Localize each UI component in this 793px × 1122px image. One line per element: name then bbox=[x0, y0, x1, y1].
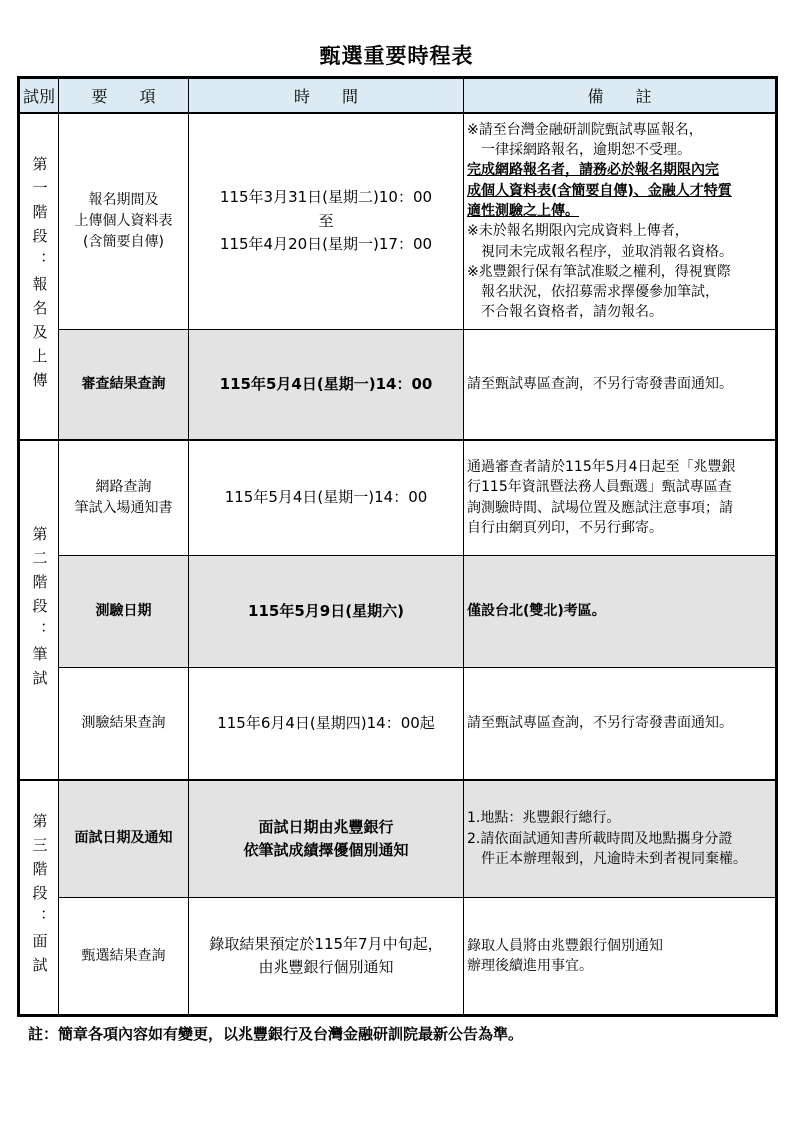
stage3-label: 第三階段：面試 bbox=[19, 780, 59, 1016]
r6-time-cell: 面試日期由兆豐銀行 依筆試成績擇優個別通知 bbox=[189, 780, 464, 898]
row-interview-notice: 第三階段：面試 面試日期及通知 面試日期由兆豐銀行 依筆試成績擇優個別通知 1.… bbox=[19, 780, 777, 898]
r7-item-cell: 甄選結果查詢 bbox=[59, 898, 189, 1016]
r4-note-cell: 僅設台北(雙北)考區。 bbox=[464, 556, 777, 668]
r5-item-cell: 測驗結果查詢 bbox=[59, 668, 189, 780]
r1-note-paragraph-2: 完成網路報名者，請務必於報名期限內完 成個人資料表(含簡要自傳)、金融人才特質 … bbox=[467, 160, 772, 221]
r1-item-cell: 報名期間及 上傳個人資料表 (含簡要自傳) bbox=[59, 113, 189, 330]
row-final-result: 甄選結果查詢 錄取結果預定於115年7月中旬起， 由兆豐銀行個別通知 錄取人員將… bbox=[19, 898, 777, 1016]
row-test-result: 測驗結果查詢 115年6月4日(星期四)14：00起 請至甄試專區查詢，不另行寄… bbox=[19, 668, 777, 780]
r7-note-cell: 錄取人員將由兆豐銀行個別通知 辦理後續進用事宜。 bbox=[464, 898, 777, 1016]
r4-time-cell: 115年5月9日(星期六) bbox=[189, 556, 464, 668]
header-cell-item: 要 項 bbox=[59, 78, 189, 113]
r5-note-cell: 請至甄試專區查詢，不另行寄發書面通知。 bbox=[464, 668, 777, 780]
row-review-result: 審查結果查詢 115年5月4日(星期一)14：00 請至甄試專區查詢，不另行寄發… bbox=[19, 330, 777, 440]
header-row: 試別 要 項 時 間 備 註 bbox=[19, 78, 777, 113]
row-registration: 第一階段：報名及上傳 報名期間及 上傳個人資料表 (含簡要自傳) 115年3月3… bbox=[19, 113, 777, 330]
row-admission-ticket: 第二階段：筆試 網路查詢 筆試入場通知書 115年5月4日(星期一)14：00 … bbox=[19, 440, 777, 556]
row-test-date: 測驗日期 115年5月9日(星期六) 僅設台北(雙北)考區。 bbox=[19, 556, 777, 668]
header-cell-stage: 試別 bbox=[19, 78, 59, 113]
r4-item-cell: 測驗日期 bbox=[59, 556, 189, 668]
r5-time-cell: 115年6月4日(星期四)14：00起 bbox=[189, 668, 464, 780]
r1-note-paragraph-3: ※未於報名期限內完成資料上傳者， 視同未完成報名程序，並取消報名資格。 bbox=[467, 221, 772, 262]
stage2-label: 第二階段：筆試 bbox=[19, 440, 59, 780]
page-title: 甄選重要時程表 bbox=[0, 40, 793, 70]
r7-time-cell: 錄取結果預定於115年7月中旬起， 由兆豐銀行個別通知 bbox=[189, 898, 464, 1016]
r3-time-cell: 115年5月4日(星期一)14：00 bbox=[189, 440, 464, 556]
r2-time-cell: 115年5月4日(星期一)14：00 bbox=[189, 330, 464, 440]
header-cell-time: 時 間 bbox=[189, 78, 464, 113]
r6-note-paragraph-1: 1.地點：兆豐銀行總行。 bbox=[467, 808, 772, 828]
r3-item-cell: 網路查詢 筆試入場通知書 bbox=[59, 440, 189, 556]
r1-note-cell: ※請至台灣金融研訓院甄試專區報名， 一律採網路報名，逾期恕不受理。 完成網路報名… bbox=[464, 113, 777, 330]
r1-note-paragraph-4: ※兆豐銀行保有筆試准駁之權利，得視實際 報名狀況，依招募需求擇優參加筆試， 不合… bbox=[467, 262, 772, 323]
r6-note-cell: 1.地點：兆豐銀行總行。 2.請依面試通知書所載時間及地點攜身分證 件正本辦理報… bbox=[464, 780, 777, 898]
r2-item-cell: 審查結果查詢 bbox=[59, 330, 189, 440]
schedule-table: 試別 要 項 時 間 備 註 第一階段：報名及上傳 報名期間及 上傳個人資料表 … bbox=[17, 76, 778, 1017]
r6-note-paragraph-2: 2.請依面試通知書所載時間及地點攜身分證 件正本辦理報到，凡逾時未到者視同棄權。 bbox=[467, 829, 772, 870]
r3-note-cell: 通過審查者請於115年5月4日起至「兆豐銀 行115年資訊暨法務人員甄選」甄試專… bbox=[464, 440, 777, 556]
header-cell-note: 備 註 bbox=[464, 78, 777, 113]
footnote: 註：簡章各項內容如有變更，以兆豐銀行及台灣金融研訓院最新公告為準。 bbox=[28, 1023, 793, 1044]
r1-time-cell: 115年3月31日(星期二)10：00 至 115年4月20日(星期一)17：0… bbox=[189, 113, 464, 330]
stage1-label: 第一階段：報名及上傳 bbox=[19, 113, 59, 440]
r2-note-cell: 請至甄試專區查詢，不另行寄發書面通知。 bbox=[464, 330, 777, 440]
r1-note-paragraph-1: ※請至台灣金融研訓院甄試專區報名， 一律採網路報名，逾期恕不受理。 bbox=[467, 120, 772, 161]
r6-item-cell: 面試日期及通知 bbox=[59, 780, 189, 898]
